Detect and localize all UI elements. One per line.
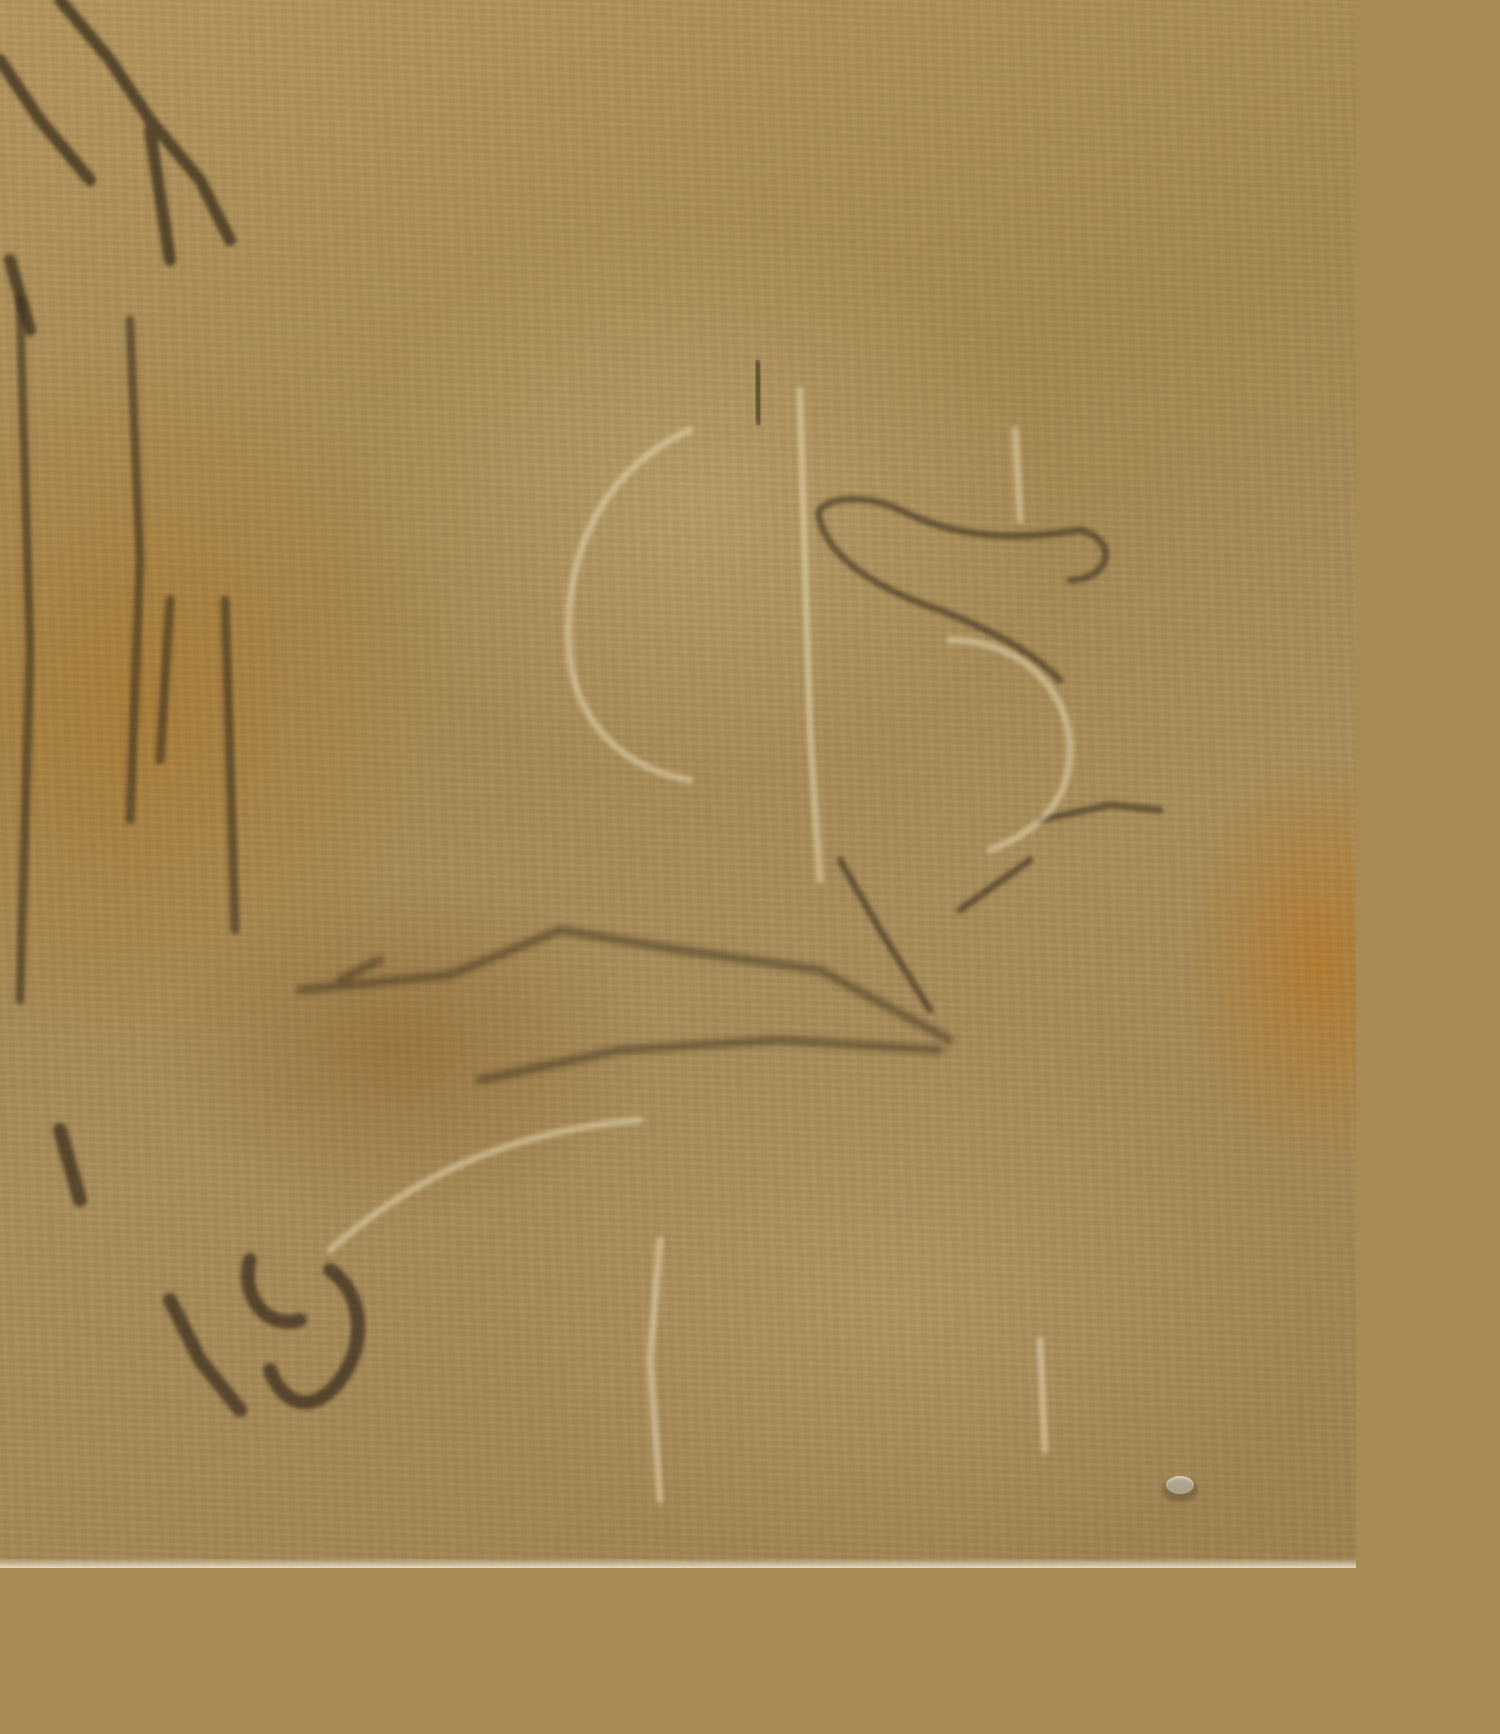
- pencil-curl-right: [819, 499, 1160, 1010]
- aged-paper-photo: [0, 0, 1356, 1568]
- pencil-stroke-horizontal: [300, 930, 950, 1080]
- paper-bottom-edge: [0, 1558, 1356, 1568]
- pencil-dash: [756, 365, 760, 420]
- pencil-strokes-top-left: [0, 0, 230, 330]
- chalk-tracings: [330, 390, 1070, 1500]
- pencil-blobs-bottom-left: [60, 1130, 358, 1410]
- pencil-strokes-left-column: [20, 300, 235, 1000]
- sketch-strokes: [0, 0, 1356, 1568]
